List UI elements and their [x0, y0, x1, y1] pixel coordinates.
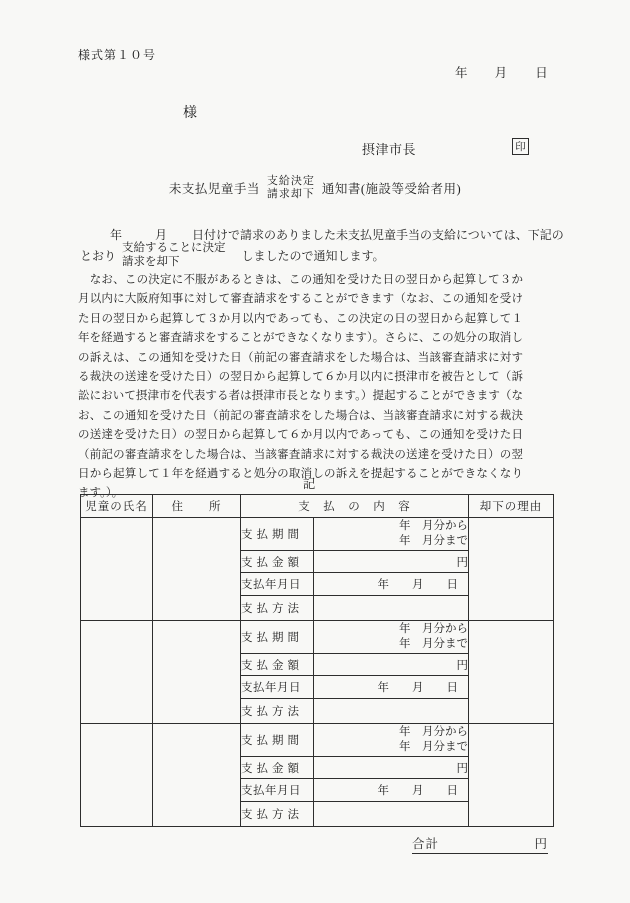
payment-amount-value: 円 — [314, 757, 469, 779]
issue-date-month: 月 — [495, 66, 508, 80]
address-cell — [153, 724, 241, 827]
rejection-reason-cell — [469, 621, 554, 724]
payment-method-label: 支払方法 — [241, 699, 314, 724]
payment-date-month: 月 — [412, 782, 424, 798]
payment-method-value — [314, 802, 469, 827]
record-marker: 記 — [0, 474, 618, 492]
payment-method-label: 支払方法 — [241, 802, 314, 827]
payment-amount-label: 支払金額 — [241, 551, 314, 573]
request-date-year: 年 — [110, 228, 122, 242]
issue-date-day: 日 — [535, 66, 548, 80]
header-address: 住 所 — [153, 495, 241, 518]
decision-option-stack: 支給することに決定 請求を却下 — [122, 242, 226, 269]
document-page: 様式第１０号 年 月 日 様 摂津市長 印 未支払児童手当 支給決定 請求却下 … — [0, 0, 630, 903]
document-title: 未支払児童手当 支給決定 請求却下 通知書(施設等受給者用) — [0, 173, 630, 203]
period-to: 年 月分まで — [314, 637, 468, 652]
addressee-honorific: 様 — [183, 102, 197, 122]
payment-period-label: 支払期間 — [241, 518, 314, 551]
seal-box: 印 — [512, 138, 529, 155]
issue-date-line: 年 月 日 — [455, 63, 548, 81]
table-header-row: 児童の氏名 住 所 支 払 の 内 容 却下の理由 — [81, 495, 554, 518]
payment-period-label: 支払期間 — [241, 621, 314, 654]
header-child-name: 児童の氏名 — [81, 495, 153, 518]
rejection-reason-cell — [469, 724, 554, 827]
payment-period-value: 年 月分から 年 月分まで — [314, 621, 469, 654]
payment-method-value — [314, 596, 469, 621]
payment-date-label: 支払年月日 — [241, 779, 314, 802]
payment-date-label: 支払年月日 — [241, 573, 314, 596]
payment-date-value: 年 月 日 — [314, 573, 469, 596]
title-option-reject: 請求却下 — [267, 188, 315, 202]
payment-date-year: 年 — [378, 782, 390, 798]
period-from: 年 月分から — [314, 622, 468, 637]
title-option-stack: 支給決定 請求却下 — [267, 175, 315, 202]
table-row: 支払期間 年 月分から 年 月分まで — [81, 621, 554, 654]
request-line-tail: 日付けで請求のありました未支払児童手当の支給については、下記の — [192, 228, 564, 242]
period-to: 年 月分まで — [314, 740, 468, 755]
payments-table: 児童の氏名 住 所 支 払 の 内 容 却下の理由 支払期間 年 月分から 年 … — [80, 494, 554, 827]
decision-line: とおり 支給することに決定 請求を却下 しましたので通知します。 — [80, 241, 385, 270]
title-option-grant: 支給決定 — [267, 175, 315, 189]
child-name-cell — [81, 518, 153, 621]
payment-amount-value: 円 — [314, 654, 469, 676]
issuer-name: 摂津市長 — [362, 139, 416, 158]
child-name-cell — [81, 724, 153, 827]
decision-option-reject: 請求を却下 — [122, 256, 226, 270]
payment-date-day: 日 — [447, 679, 459, 695]
decision-prefix: とおり — [80, 247, 116, 264]
address-cell — [153, 518, 241, 621]
decision-suffix: しましたので通知します。 — [242, 247, 385, 264]
issue-date-year: 年 — [455, 66, 468, 80]
payment-amount-label: 支払金額 — [241, 654, 314, 676]
payment-period-value: 年 月分から 年 月分まで — [314, 724, 469, 757]
total-label: 合計 — [412, 834, 439, 852]
appeal-paragraph: なお、この決定に不服があるときは、この通知を受けた日の翌日から起算して３か月以内… — [78, 271, 523, 504]
period-from: 年 月分から — [314, 725, 468, 740]
table-row: 支払期間 年 月分から 年 月分まで — [81, 724, 554, 757]
payment-period-value: 年 月分から 年 月分まで — [314, 518, 469, 551]
header-payment-content: 支 払 の 内 容 — [241, 495, 469, 518]
title-prefix: 未支払児童手当 — [169, 179, 260, 197]
payment-date-day: 日 — [447, 576, 459, 592]
payment-method-value — [314, 699, 469, 724]
title-suffix: 通知書(施設等受給者用) — [322, 179, 461, 197]
rejection-reason-cell — [469, 518, 554, 621]
payment-date-value: 年 月 日 — [314, 779, 469, 802]
period-from: 年 月分から — [314, 519, 468, 534]
total-unit: 円 — [534, 834, 548, 852]
payment-date-value: 年 月 日 — [314, 676, 469, 699]
payment-date-year: 年 — [378, 679, 390, 695]
payment-date-day: 日 — [447, 782, 459, 798]
payment-amount-value: 円 — [314, 551, 469, 573]
payment-date-label: 支払年月日 — [241, 676, 314, 699]
payment-date-month: 月 — [412, 576, 424, 592]
decision-option-grant: 支給することに決定 — [122, 242, 226, 256]
payment-period-label: 支払期間 — [241, 724, 314, 757]
payment-date-month: 月 — [412, 679, 424, 695]
table-row: 支払期間 年 月分から 年 月分まで — [81, 518, 554, 551]
address-cell — [153, 621, 241, 724]
total-line: 合計 円 — [412, 838, 548, 854]
payment-method-label: 支払方法 — [241, 596, 314, 621]
child-name-cell — [81, 621, 153, 724]
payment-amount-label: 支払金額 — [241, 757, 314, 779]
header-rejection-reason: 却下の理由 — [469, 495, 554, 518]
period-to: 年 月分まで — [314, 534, 468, 549]
request-date-month: 月 — [155, 228, 167, 242]
payment-date-year: 年 — [378, 576, 390, 592]
form-number: 様式第１０号 — [78, 46, 156, 63]
